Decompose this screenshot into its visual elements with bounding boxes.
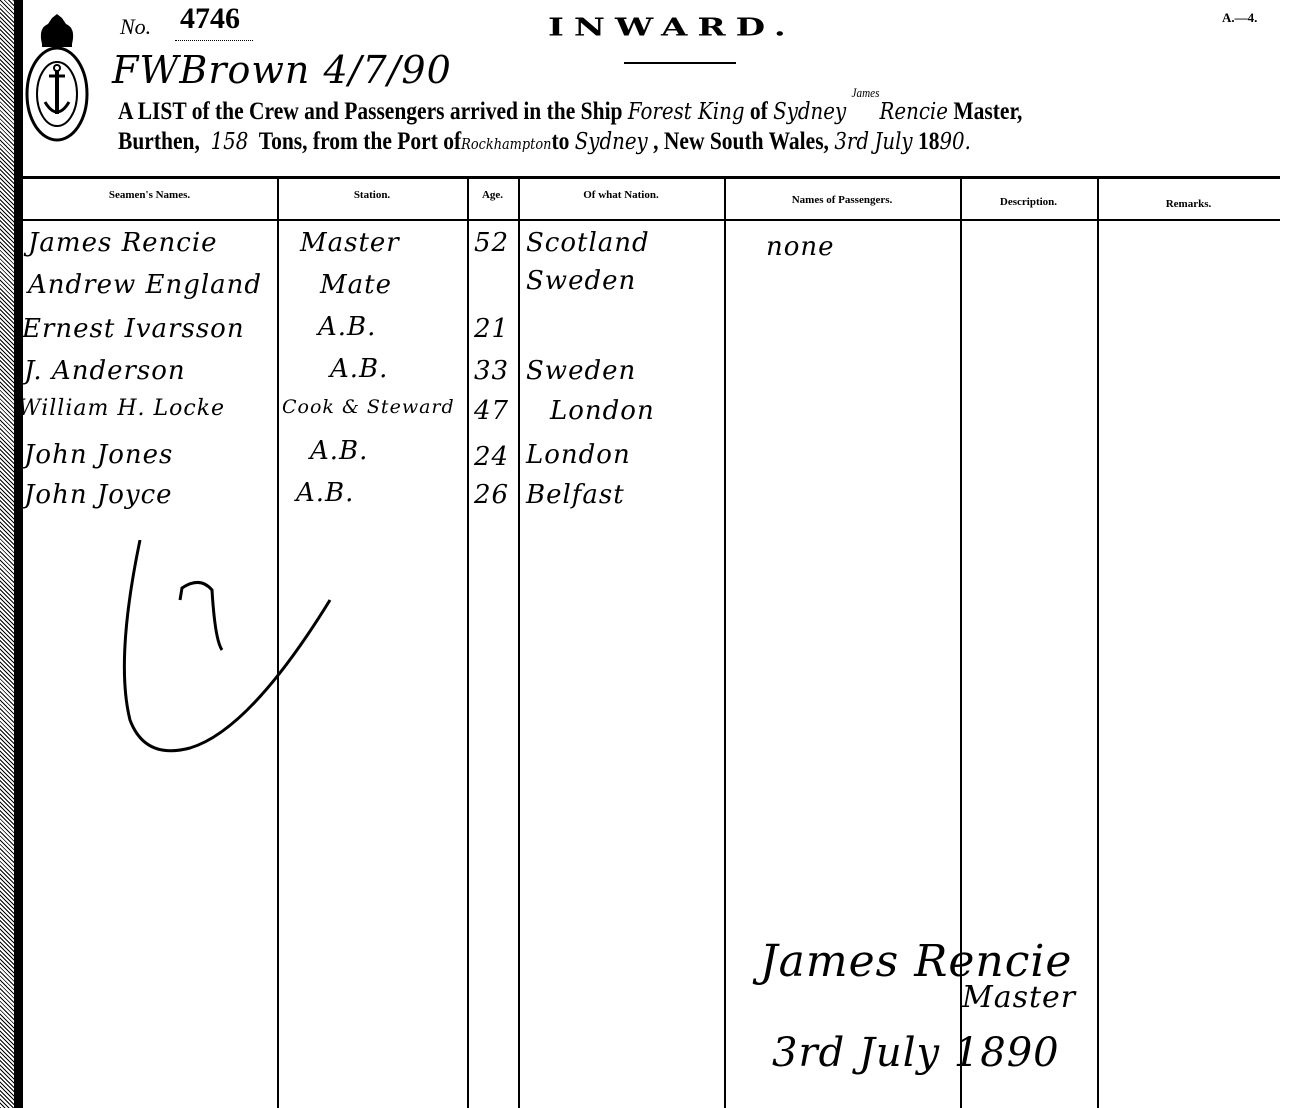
- arrival-month: July: [874, 129, 912, 155]
- crew-station: A.B.: [310, 436, 368, 466]
- crew-station: A.B.: [318, 312, 376, 342]
- crew-age: 24: [474, 442, 509, 472]
- column-divider: [467, 176, 469, 1108]
- column-header-station: Station.: [277, 189, 467, 201]
- to-label: to: [551, 128, 569, 155]
- crew-name: Andrew England: [28, 270, 262, 300]
- burthen-value: 158: [211, 129, 249, 155]
- preamble-line-2: Burthen, 158 Tons, from the Port ofRockh…: [118, 128, 971, 156]
- ship-name: Forest King: [628, 99, 745, 125]
- table-header-top-rule: [20, 176, 1280, 179]
- column-header-description: Description.: [960, 196, 1097, 208]
- crew-age: 21: [474, 314, 509, 344]
- arrival-year-suffix: 90.: [939, 129, 970, 155]
- column-divider: [724, 176, 726, 1108]
- column-header-seamens-names: Seamen's Names.: [22, 189, 277, 201]
- crew-station: Master: [300, 228, 400, 258]
- column-header-nation: Of what Nation.: [518, 189, 724, 201]
- receiving-officer-stamp: FWBrown 4/7/90: [112, 48, 452, 92]
- crew-station: Cook & Steward: [282, 396, 455, 418]
- preamble-text: A LIST of the Crew and Passengers arrive…: [118, 98, 623, 125]
- nsw-label: , New South Wales,: [653, 128, 829, 155]
- form-number-label: No.: [120, 14, 151, 40]
- column-divider: [1097, 176, 1099, 1108]
- crew-age: 26: [474, 480, 509, 510]
- crew-age: 47: [474, 396, 509, 426]
- crew-nation: Sweden: [526, 266, 636, 296]
- crew-age: 52: [474, 228, 509, 258]
- to-port: Sydney: [575, 129, 648, 155]
- form-code: A.—4.: [1222, 10, 1257, 26]
- crew-name: Ernest Ivarsson: [22, 314, 245, 344]
- crew-name: William H. Locke: [18, 396, 225, 421]
- port-of-registry: Sydney: [773, 99, 846, 125]
- crew-nation: Belfast: [526, 480, 625, 510]
- crew-age: 33: [474, 356, 509, 386]
- tons-from-label: Tons, from the Port of: [259, 128, 461, 155]
- crew-name: John Jones: [24, 440, 173, 470]
- document-title: INWARD.: [548, 14, 796, 42]
- crew-nation: Scotland: [526, 228, 650, 258]
- crew-station: A.B.: [296, 478, 354, 508]
- crew-station: Mate: [320, 270, 392, 300]
- form-number-underline: [175, 40, 253, 41]
- master-first-name: James: [852, 85, 880, 100]
- column-divider: [518, 176, 520, 1108]
- burthen-label: Burthen,: [118, 128, 200, 155]
- from-port: Rockhampton: [461, 135, 551, 153]
- crew-name: John Joyce: [24, 480, 173, 510]
- arrival-day: 3rd: [834, 129, 869, 155]
- title-rule: [624, 62, 736, 64]
- passengers-none: none: [766, 232, 835, 262]
- crew-nation: London: [550, 396, 655, 426]
- crew-nation: Sweden: [526, 356, 636, 386]
- page-binding-edge: [14, 0, 23, 1108]
- signature-date: 3rd July 1890: [772, 1030, 1060, 1076]
- crew-name: James Rencie: [28, 228, 218, 258]
- column-header-remarks: Remarks.: [1097, 198, 1280, 210]
- of-label: of: [750, 98, 768, 125]
- table-header-bottom-rule: [20, 219, 1280, 221]
- crew-nation: London: [526, 440, 631, 470]
- shipping-master-seal-icon: [24, 14, 90, 144]
- master-name: Rencie: [880, 99, 948, 125]
- arrival-year-prefix: 18: [918, 128, 940, 155]
- column-header-passengers: Names of Passengers.: [724, 194, 960, 206]
- master-label: Master,: [953, 98, 1022, 125]
- preamble-line-1: A LIST of the Crew and Passengers arrive…: [118, 98, 1022, 126]
- master-role: Master: [962, 980, 1076, 1015]
- tally-checkmark-icon: 7: [120, 540, 340, 760]
- column-header-age: Age.: [467, 189, 518, 201]
- form-number: 4746: [180, 2, 240, 36]
- crew-station: A.B.: [330, 354, 388, 384]
- crew-name: J. Anderson: [24, 356, 186, 386]
- svg-text:7: 7: [184, 649, 185, 651]
